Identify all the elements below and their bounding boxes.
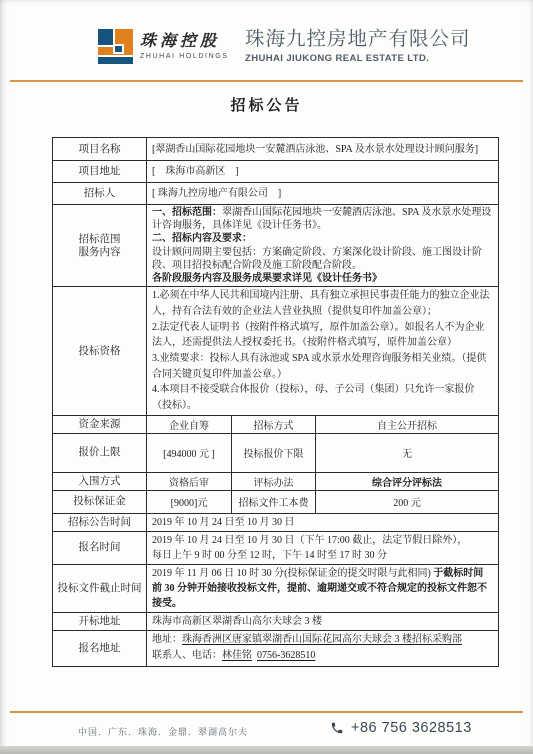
qualification-item4: 4.本项目不接受联合体报价（投标），母、子公司（集团）只允许一家报价（投标）。 — [152, 382, 493, 413]
qualification-content: 1.必须在中华人民共和国境内注册、具有独立承担民事责任能力的独立企业法人，持有合… — [147, 287, 499, 416]
logo-shape — [98, 55, 133, 64]
tender-info-table: 项目名称 [翠湖香山国际花园地块一安麓酒店泳池、SPA 及水景水处理设计顾问服务… — [52, 137, 499, 667]
footer-phone: +86 756 3628513 — [351, 720, 472, 736]
deposit-value: [9000]元 — [147, 490, 232, 513]
table-row: 项目地址 [ 珠海市高新区 ] — [53, 161, 499, 183]
table-row: 招标范围 服务内容 一、招标范围：翠湖香山国际花园地块一安麓酒店泳池、SPA 及… — [53, 205, 499, 287]
company-name-en: ZHUHAI JIUKONG REAL ESTATE LTD. — [245, 53, 471, 64]
scope-label-line2: 服务内容 — [55, 246, 144, 259]
signup-address-value: 地址：珠海香洲区唐家镇翠湖香山国际花园高尔夫球会 3 楼招标采购部 联系人、电话… — [147, 630, 499, 666]
document-title: 招标公告 — [0, 94, 533, 115]
deadline-label: 投标文件截止时间 — [53, 564, 147, 612]
deadline-value: 2019 年 11 月 06 日 10 时 30 分(投标保证金的提交时限与此相… — [147, 564, 499, 612]
project-name-value: [翠湖香山国际花园地块一安麓酒店泳池、SPA 及水景水处理设计顾问服务] — [147, 138, 499, 161]
evaluation-method-label: 评标办法 — [232, 472, 316, 490]
contact-name: 林佳铭 — [222, 650, 252, 661]
signup-time-value: 2019 年 10 月 24 日至 10 月 30 日（下午 17:00 截止，… — [147, 531, 499, 564]
opening-address-label: 开标地址 — [53, 612, 147, 630]
qualification-item1: 1.必须在中华人民共和国境内注册、具有独立承担民事责任能力的独立企业法人，持有合… — [152, 288, 493, 319]
announcement-time-label: 招标公告时间 — [53, 513, 147, 531]
project-address-label: 项目地址 — [53, 161, 147, 183]
scope-item1: 一、招标范围：翠湖香山国际花园地块一安麓酒店泳池、SPA 及水景水处理设计咨询服… — [152, 206, 493, 232]
signup-time-line1: 2019 年 10 月 24 日至 10 月 30 日（下午 17:00 截止，… — [152, 533, 493, 548]
table-row: 项目名称 [翠湖香山国际花园地块一安麓酒店泳池、SPA 及水景水处理设计顾问服务… — [53, 138, 499, 161]
table-row: 报价上限 [494000 元 ] 投标报价下限 无 — [53, 433, 499, 472]
page-footer: 中国．广东．珠海．金鼎．翠湖高尔夫 +86 756 3628513 — [0, 716, 533, 746]
table-row: 报名地址 地址：珠海香洲区唐家镇翠湖香山国际花园高尔夫球会 3 楼招标采购部 联… — [53, 630, 499, 666]
brand-name-en: ZHUHAI HOLDINGS — [140, 53, 229, 60]
shortlist-value: 资格后审 — [147, 472, 232, 490]
table-row: 投标资格 1.必须在中华人民共和国境内注册、具有独立承担民事责任能力的独立企业法… — [53, 287, 499, 416]
brand-name-cn: 珠海控股 — [140, 33, 229, 51]
scope-content: 一、招标范围：翠湖香山国际花园地块一安麓酒店泳池、SPA 及水景水处理设计咨询服… — [147, 205, 499, 287]
table-row: 投标文件截止时间 2019 年 11 月 06 日 10 时 30 分(投标保证… — [53, 564, 499, 612]
signup-address-line1: 地址：珠海香洲区唐家镇翠湖香山国际花园高尔夫球会 3 楼招标采购部 — [152, 632, 493, 649]
scope-item2-head: 二、招标内容及要求： — [152, 232, 493, 245]
evaluation-method-value: 综合评分评标法 — [316, 472, 499, 490]
phone-icon — [330, 721, 344, 735]
price-cap-label: 报价上限 — [53, 433, 147, 472]
zhuhai-holdings-brand: 珠海控股 ZHUHAI HOLDINGS — [98, 29, 229, 64]
document-page: 珠海控股 ZHUHAI HOLDINGS 珠海九控房地产有限公司 ZHUHAI … — [0, 0, 533, 754]
signup-address-underlined: 珠海香洲区唐家镇翠湖香山国际花园高尔夫球会 3 楼招标采购部 — [182, 634, 462, 645]
footer-phone-block: +86 756 3628513 — [330, 720, 472, 736]
header-divider — [10, 80, 523, 82]
funding-label: 资金来源 — [53, 415, 147, 433]
tender-method-label: 招标方式 — [232, 415, 316, 433]
table-row: 入围方式 资格后审 评标办法 综合评分评标法 — [53, 472, 499, 490]
zhuhai-holdings-logo-icon — [98, 29, 133, 64]
signup-time-line2: 每日上午 9 时 00 分至 12 时，下午 14 时至 17 时 30 分 — [152, 548, 493, 563]
deadline-text: 2019 年 11 月 06 日 10 时 30 分(投标保证金的提交时限与此相… — [152, 568, 433, 579]
tenderee-value: [ 珠海九控房地产有限公司 ] — [147, 183, 499, 205]
table-row: 开标地址 珠海市高新区翠湖香山高尔夫球会 3 楼 — [53, 612, 499, 630]
price-floor-label: 投标报价下限 — [232, 433, 316, 472]
tender-method-value: 自主公开招标 — [316, 415, 499, 433]
scope-label: 招标范围 服务内容 — [53, 205, 147, 287]
footer-divider — [10, 711, 523, 713]
brand-text: 珠海控股 ZHUHAI HOLDINGS — [140, 33, 229, 60]
logo-shape — [113, 44, 124, 54]
scope-item2-text: 设计顾问周期主要包括：方案确定阶段、方案深化设计阶段、施工图设计阶段、项目招投标… — [152, 246, 493, 272]
qualification-item2: 2.法定代表人证明书（按附件格式填写，原件加盖公章）。如报名人不为企业法人，还需… — [152, 320, 493, 351]
table-row: 报名时间 2019 年 10 月 24 日至 10 月 30 日（下午 17:0… — [53, 531, 499, 564]
price-floor-value: 无 — [316, 433, 499, 472]
project-address-value: [ 珠海市高新区 ] — [147, 161, 499, 183]
funding-value: 企业自筹 — [147, 415, 232, 433]
tenderee-label: 招标人 — [53, 183, 147, 205]
scan-edge — [0, 746, 533, 754]
footer-slogan: 中国．广东．珠海．金鼎．翠湖高尔夫 — [78, 725, 248, 738]
shortlist-label: 入围方式 — [53, 472, 147, 490]
contact-phone: 0756-3628510 — [257, 650, 315, 661]
scope-label-line1: 招标范围 — [55, 233, 144, 246]
company-name-block: 珠海九控房地产有限公司 ZHUHAI JIUKONG REAL ESTATE L… — [245, 27, 471, 64]
table-row: 资金来源 企业自筹 招标方式 自主公开招标 — [53, 415, 499, 433]
project-name-label: 项目名称 — [53, 138, 147, 161]
doc-fee-value: 200 元 — [316, 490, 499, 513]
table-row: 投标保证金 [9000]元 招标文件工本费 200 元 — [53, 490, 499, 513]
letterhead: 珠海控股 ZHUHAI HOLDINGS 珠海九控房地产有限公司 ZHUHAI … — [98, 27, 503, 75]
signup-address-label: 报名地址 — [53, 630, 147, 666]
signup-time-label: 报名时间 — [53, 531, 147, 564]
deposit-label: 投标保证金 — [53, 490, 147, 513]
table-row: 招标公告时间 2019 年 10 月 24 日至 10 月 30 日 — [53, 513, 499, 531]
scope-item3: 各阶段服务内容及服务成果要求详见《设计任务书》 — [152, 272, 493, 285]
doc-fee-label: 招标文件工本费 — [232, 490, 316, 513]
price-cap-value: [494000 元 ] — [147, 433, 232, 472]
qualification-label: 投标资格 — [53, 287, 147, 416]
signup-address-line2: 联系人、电话：林佳铭 0756-3628510 — [152, 648, 493, 665]
announcement-time-value: 2019 年 10 月 24 日至 10 月 30 日 — [147, 513, 499, 531]
qualification-item3: 3.业绩要求：投标人具有泳池或 SPA 或水景水处理咨询服务相关业绩。（提供合同… — [152, 351, 493, 382]
company-name-cn: 珠海九控房地产有限公司 — [245, 27, 471, 51]
opening-address-value: 珠海市高新区翠湖香山高尔夫球会 3 楼 — [147, 612, 499, 630]
table-row: 招标人 [ 珠海九控房地产有限公司 ] — [53, 183, 499, 205]
